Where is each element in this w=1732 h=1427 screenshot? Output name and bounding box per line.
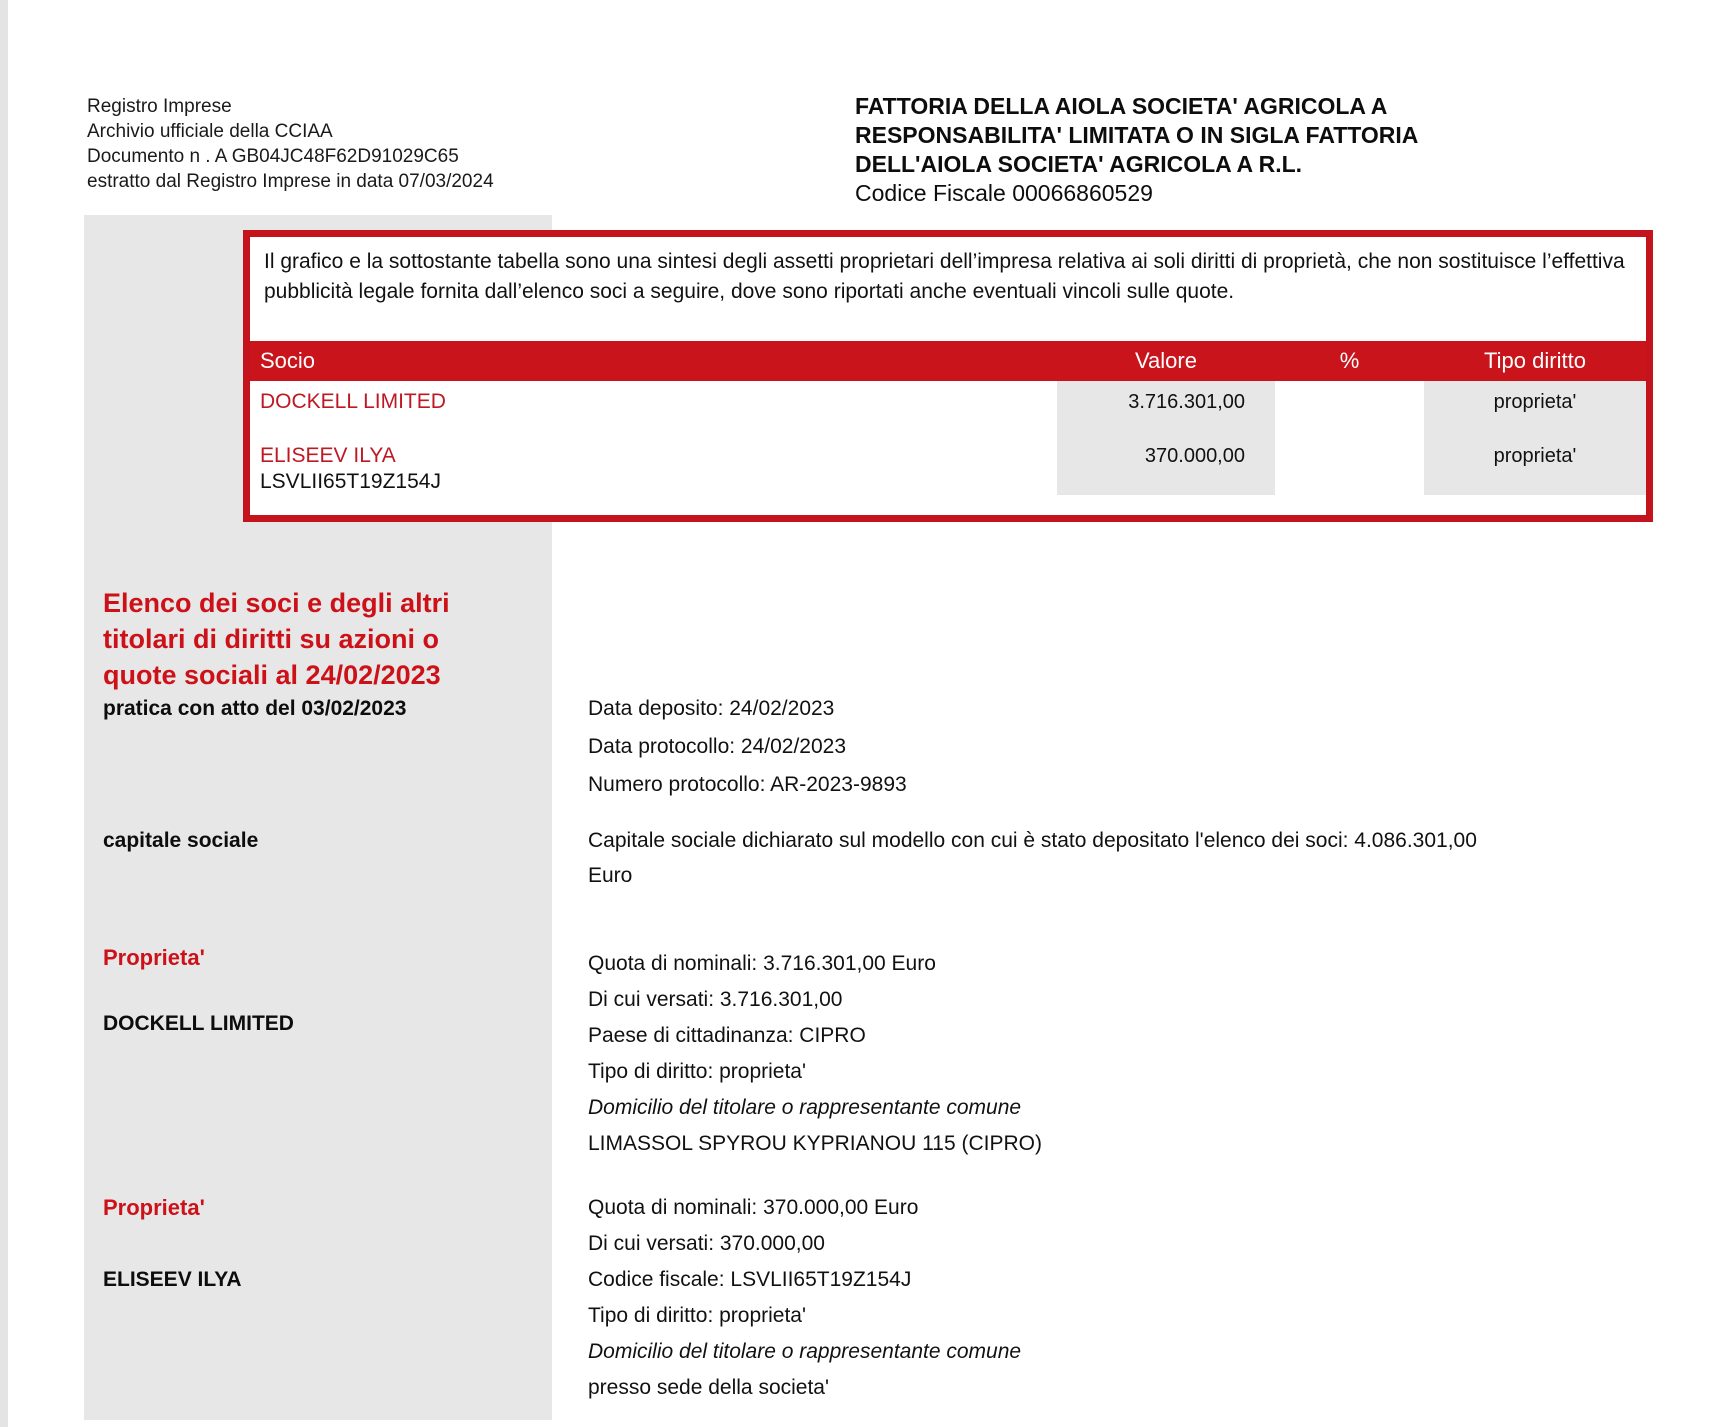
capitale-sociale-text: Capitale sociale dichiarato sul modello … <box>588 823 1498 893</box>
column-header-percent: % <box>1275 348 1424 374</box>
domicilio-value: LIMASSOL SPYROU KYPRIANOU 115 (CIPRO) <box>588 1126 1042 1162</box>
registry-document-page: Registro Imprese Archivio ufficiale dell… <box>0 0 1732 1427</box>
proprieta-section-details: Quota di nominali: 370.000,00 Euro Di cu… <box>588 1190 1021 1406</box>
ownership-summary-box: Il grafico e la sottostante tabella sono… <box>243 230 1653 522</box>
registry-header-line: Documento n . A GB04JC48F62D91029C65 <box>87 144 494 169</box>
socio-fiscal-code: LSVLII65T19Z154J <box>250 469 1057 495</box>
registry-header: Registro Imprese Archivio ufficiale dell… <box>87 94 494 194</box>
socio-name: DOCKELL LIMITED <box>250 389 1057 415</box>
company-name-line: FATTORIA DELLA AIOLA SOCIETA' AGRICOLA A <box>855 92 1595 121</box>
percent-cell <box>1275 443 1424 495</box>
company-name-line: DELL'AIOLA SOCIETA' AGRICOLA A R.L. <box>855 150 1595 179</box>
tipo-diritto-cell: proprieta' <box>1424 389 1646 415</box>
detail-line: Numero protocollo: AR-2023-9893 <box>588 766 907 804</box>
detail-line: Tipo di diritto: proprieta' <box>588 1054 1042 1090</box>
diritto-label: Proprieta' <box>103 944 205 972</box>
detail-line: Codice fiscale: LSVLII65T19Z154J <box>588 1262 1021 1298</box>
domicilio-label: Domicilio del titolare o rappresentante … <box>588 1090 1042 1126</box>
fiscal-code-line: Codice Fiscale 00066860529 <box>855 179 1595 208</box>
holder-name-label: ELISEEV ILYA <box>103 1266 242 1293</box>
registry-header-line: Registro Imprese <box>87 94 494 119</box>
pratica-label: pratica con atto del 03/02/2023 <box>103 695 406 722</box>
proprieta-section-details: Quota di nominali: 3.716.301,00 Euro Di … <box>588 946 1042 1162</box>
summary-table-header: Socio Valore % Tipo diritto <box>250 341 1646 381</box>
detail-line: Tipo di diritto: proprieta' <box>588 1298 1021 1334</box>
table-row: DOCKELL LIMITED 3.716.301,00 proprieta' <box>250 381 1646 415</box>
company-name-line: RESPONSABILITA' LIMITATA O IN SIGLA FATT… <box>855 121 1595 150</box>
holder-name-label: DOCKELL LIMITED <box>103 1010 294 1037</box>
domicilio-label: Domicilio del titolare o rappresentante … <box>588 1334 1021 1370</box>
capitale-sociale-label: capitale sociale <box>103 827 258 854</box>
detail-line: Quota di nominali: 370.000,00 Euro <box>588 1190 1021 1226</box>
deposit-details-group: Data deposito: 24/02/2023 Data protocoll… <box>588 690 907 804</box>
table-row: ELISEEV ILYA LSVLII65T19Z154J 370.000,00… <box>250 443 1646 495</box>
elenco-soci-heading: Elenco dei soci e degli altri titolari d… <box>103 585 533 693</box>
elenco-heading-line: titolari di diritti su azioni o <box>103 621 533 657</box>
detail-line: Data protocollo: 24/02/2023 <box>588 728 907 766</box>
column-header-valore: Valore <box>1057 348 1275 374</box>
detail-line: Di cui versati: 370.000,00 <box>588 1226 1021 1262</box>
summary-notice-text: Il grafico e la sottostante tabella sono… <box>264 247 1632 307</box>
diritto-label: Proprieta' <box>103 1194 205 1222</box>
summary-table-body: DOCKELL LIMITED 3.716.301,00 proprieta' … <box>250 381 1646 515</box>
domicilio-value: presso sede della societa' <box>588 1370 1021 1406</box>
column-header-socio: Socio <box>250 348 1057 374</box>
socio-name-group: ELISEEV ILYA LSVLII65T19Z154J <box>250 443 1057 495</box>
detail-line: Quota di nominali: 3.716.301,00 Euro <box>588 946 1042 982</box>
tipo-diritto-cell: proprieta' <box>1424 443 1646 495</box>
page-edge-strip <box>0 0 8 1427</box>
registry-header-line: estratto dal Registro Imprese in data 07… <box>87 169 494 194</box>
company-header: FATTORIA DELLA AIOLA SOCIETA' AGRICOLA A… <box>855 92 1595 208</box>
valore-cell: 3.716.301,00 <box>1057 389 1275 415</box>
registry-header-line: Archivio ufficiale della CCIAA <box>87 119 494 144</box>
elenco-heading-line: quote sociali al 24/02/2023 <box>103 657 533 693</box>
column-header-tipo-diritto: Tipo diritto <box>1424 348 1646 374</box>
detail-line: Paese di cittadinanza: CIPRO <box>588 1018 1042 1054</box>
percent-cell <box>1275 389 1424 415</box>
socio-name: ELISEEV ILYA <box>250 443 1057 469</box>
valore-cell: 370.000,00 <box>1057 443 1275 495</box>
elenco-heading-line: Elenco dei soci e degli altri <box>103 585 533 621</box>
detail-line: Data deposito: 24/02/2023 <box>588 690 907 728</box>
detail-line: Di cui versati: 3.716.301,00 <box>588 982 1042 1018</box>
